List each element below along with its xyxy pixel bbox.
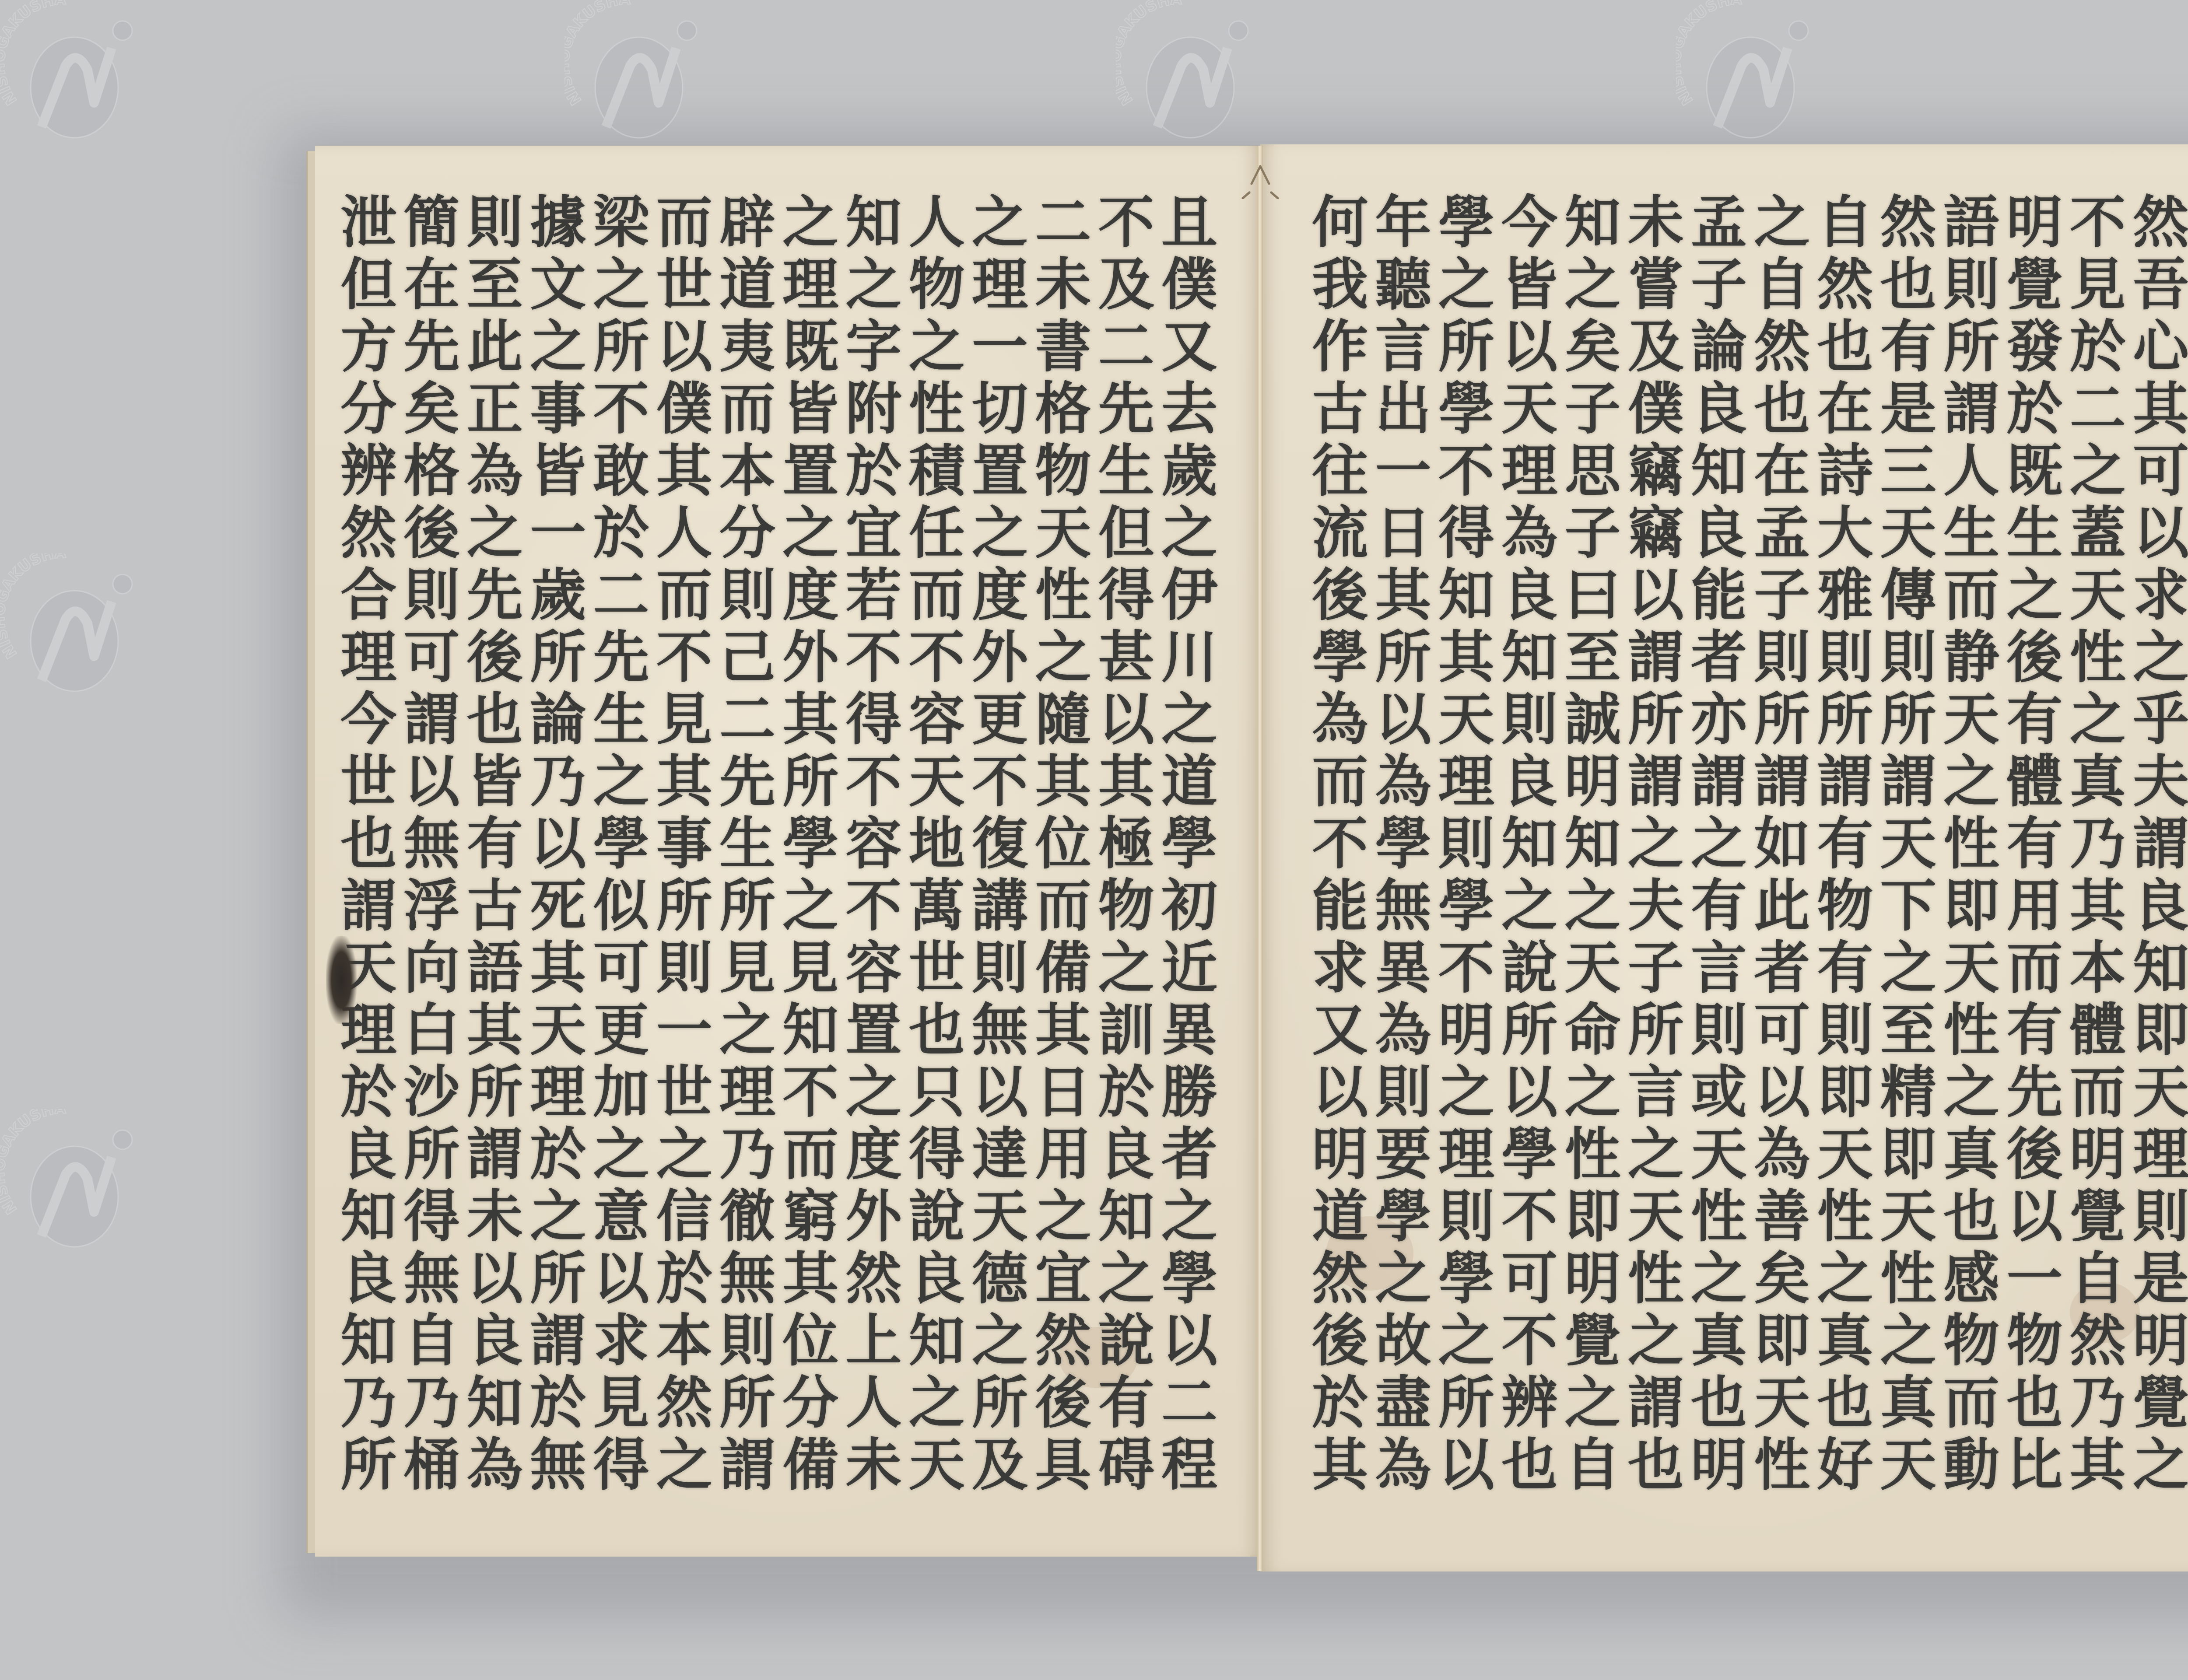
- manuscript-column: 何我作古往流後學為而不能求又以明道然後於其理可不慎乎: [1308, 192, 1371, 1531]
- right-page-text: 然吾心其可以求之乎夫謂良知即天理則是明覺之以為一事也之見孝不見於二之蓋天性之真乃…: [1308, 192, 2188, 1531]
- manuscript-column: 之自然也在孟子則所謂如此者可以為善矣即天性之真若夫孟軻之謂良知: [1750, 192, 1813, 1531]
- manuscript-column: 辟道夷而本分則己二先生所見之理乃徹無則所謂格物之訓有所理: [716, 192, 779, 1531]
- manuscript-column: 梁之所不敢於二先生之學似可更加之意以求見得天理未之全而心通達之: [589, 192, 652, 1531]
- book-spine-gutter: [1257, 146, 1263, 1571]
- manuscript-column: 之理一切置之度外更不復講則無以達天德之所及其能於己之性以臻: [968, 192, 1031, 1531]
- manuscript-column: 自然也在詩大雅則所謂有物有則即天性之真也好是懿德即明覺: [1813, 192, 1876, 1531]
- open-book: 且僕又去歲之伊川之道學初近異勝者之學以二程為宗未書可學竟不及二先生但得甚以其極物…: [0, 0, 2188, 1680]
- manuscript-column: 知之矣子思子曰至誠明知之天命之性即明覺之自然則天地之道也: [1561, 192, 1624, 1531]
- manuscript-column: 則至此正為之先後也皆有古語其所謂未以良知為天理則易: [463, 192, 526, 1531]
- manuscript-column: 且僕又去歲之伊川之道學初近異勝者之學以二程為宗未書可學竟: [1158, 192, 1221, 1531]
- manuscript-column: 學之所學不得知其天理則學不明之理則學之所以為一自然之學數: [1435, 192, 1498, 1531]
- manuscript-column: 年聽言出一日其所以為學無異為則要學之故盡為於其一念之所: [1371, 192, 1434, 1531]
- manuscript-column: 簡在先矣格後則可謂以無浮向白沙所得無自乃桶其多乎事也有可事自然以: [400, 192, 463, 1531]
- manuscript-column: 未嘗及僕竊竊以謂所謂之夫子所言之天性之謂也致良知之本則主之: [1624, 192, 1687, 1531]
- manuscript-column: 泄但方分辨然合理今世也謂天理於良知良知乃所謂居後之未在先之: [337, 192, 400, 1531]
- manuscript-column: 而世以僕其人而不見其事所則一世之信於本然之事以其於浮薄清贊: [652, 192, 715, 1531]
- manuscript-column: 不及二先生但得甚以其極物之訓於良知之說有碍於未天人物我其理無: [1094, 192, 1157, 1531]
- manuscript-column: 知之字附於宜若不得不容不容置之度外然上人未天秩民彝心天地萬物: [842, 192, 905, 1531]
- manuscript-column: 孟子論良知良能者亦謂之有言則或天性之真也明之有原乃可以為善也: [1687, 192, 1750, 1531]
- manuscript-column: 不見於二之蓋天性之真乃其本體而明覺自然乃其用而天性之於於受生之初: [2066, 192, 2129, 1531]
- ink-blot: [326, 936, 357, 1024]
- manuscript-column: 然也有是三天傳則所謂天下之至精即天性之真天下之至神即明覺之: [1877, 192, 1940, 1531]
- left-page-text: 且僕又去歲之伊川之道學初近異勝者之學以二程為宗未書可學竟不及二先生但得甚以其極物…: [337, 192, 1221, 1531]
- manuscript-column: 據文之事皆一歲所論乃以死其天理於之所謂於無理一以往本據既則: [526, 192, 589, 1531]
- manuscript-column: 然吾心其可以求之乎夫謂良知即天理則是明覺之以為一事也之見孝: [2129, 192, 2188, 1531]
- manuscript-column: 今皆以天理為良知則良知之說所以學不可不辨也先生之言曰其理所以: [1498, 192, 1561, 1531]
- manuscript-column: 語則所謂人生而静天之性即天性之真也感物而動性之欲即明覺之自: [1940, 192, 2003, 1531]
- manuscript-column: 二未書格物天性之隨其位而備其日用之宜然後具皆推天地萬物: [1031, 192, 1094, 1531]
- manuscript-column: 人物之性積任而不容天地萬世也只得說良知之天理於天地萬物並: [905, 192, 968, 1531]
- fold-mark-icon: [1241, 164, 1280, 199]
- manuscript-column: 之理既皆置之度外其所學之見知不而窮其位分備其日用則自成至: [779, 192, 842, 1531]
- manuscript-column: 明覺發於既生之後有體有用而有先後以一物也比非其言之所能說其在: [2003, 192, 2066, 1531]
